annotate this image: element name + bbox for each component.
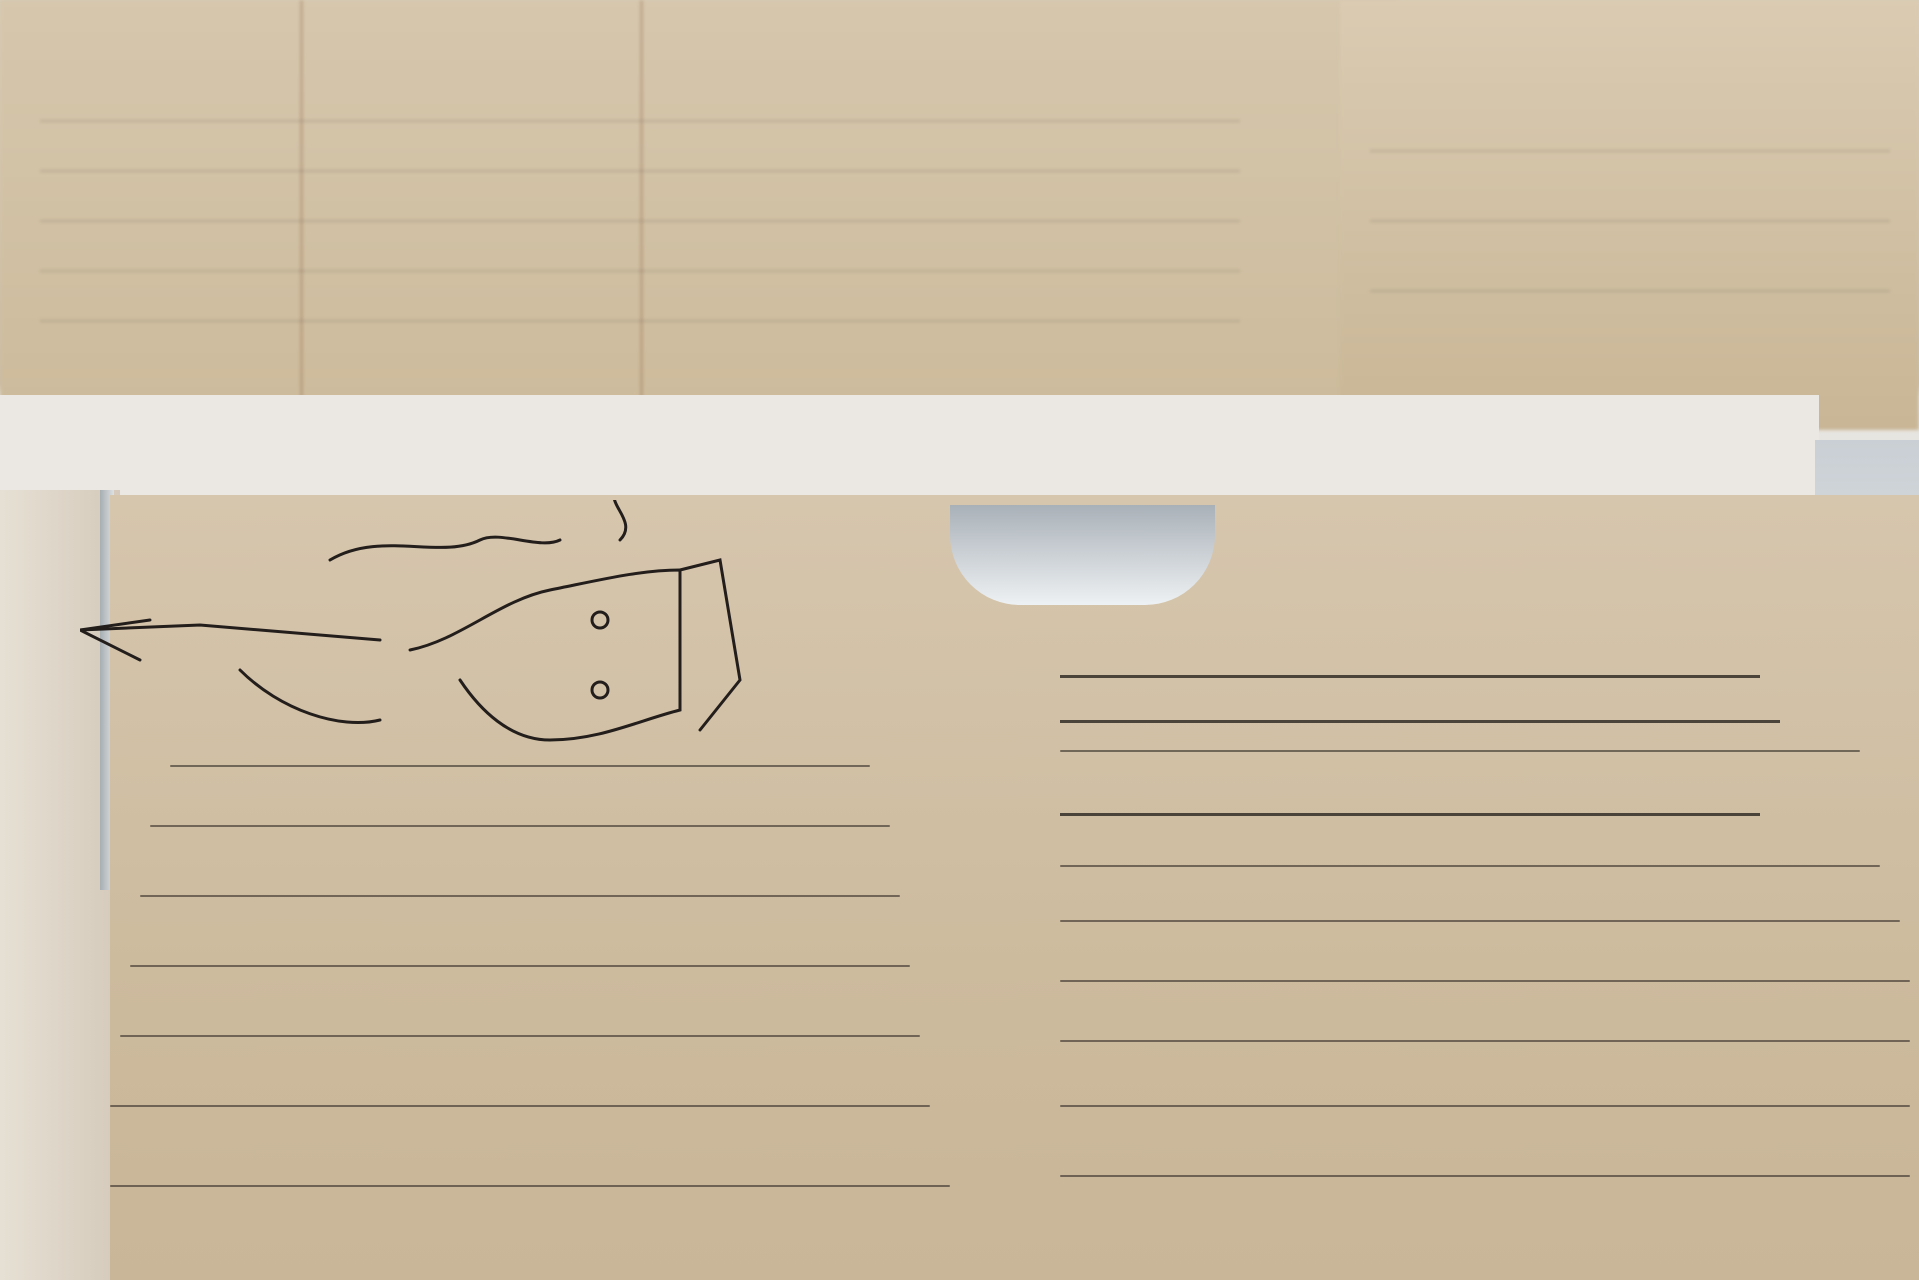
torn-notch — [950, 505, 1215, 605]
handwriting-line — [150, 825, 890, 827]
crossed-out-line — [1060, 675, 1760, 678]
white-envelope — [0, 395, 1819, 495]
photo-background — [0, 0, 1919, 1280]
background-manuscript-sheet-right — [1340, 0, 1919, 430]
handwriting-line — [40, 270, 1240, 272]
ink-sketch-figure — [80, 500, 860, 790]
handwriting-line — [40, 170, 1240, 172]
handwriting-line — [1060, 1175, 1910, 1177]
manuscript-page-right — [1000, 495, 1919, 1280]
fold-line — [640, 0, 643, 400]
handwriting-line — [110, 1105, 930, 1107]
handwriting-line — [130, 965, 910, 967]
handwriting-line — [1060, 750, 1860, 752]
handwriting-line — [1370, 150, 1890, 152]
handwriting-line — [1060, 1105, 1910, 1107]
crossed-out-line — [1060, 813, 1760, 816]
crossed-out-line — [1060, 720, 1780, 723]
handwriting-line — [1060, 980, 1910, 982]
handwriting-line — [40, 320, 1240, 322]
fold-line — [300, 0, 303, 400]
handwriting-line — [40, 120, 1240, 122]
handwriting-line — [140, 895, 900, 897]
handwriting-line — [1060, 1040, 1910, 1042]
handwriting-line — [110, 1185, 950, 1187]
handwriting-line — [1370, 220, 1890, 222]
handwriting-line — [1060, 865, 1880, 867]
handwriting-line — [1370, 290, 1890, 292]
background-manuscript-sheet — [0, 0, 1400, 410]
handwriting-line — [40, 220, 1240, 222]
handwriting-line — [120, 1035, 920, 1037]
handwriting-line — [1060, 920, 1900, 922]
